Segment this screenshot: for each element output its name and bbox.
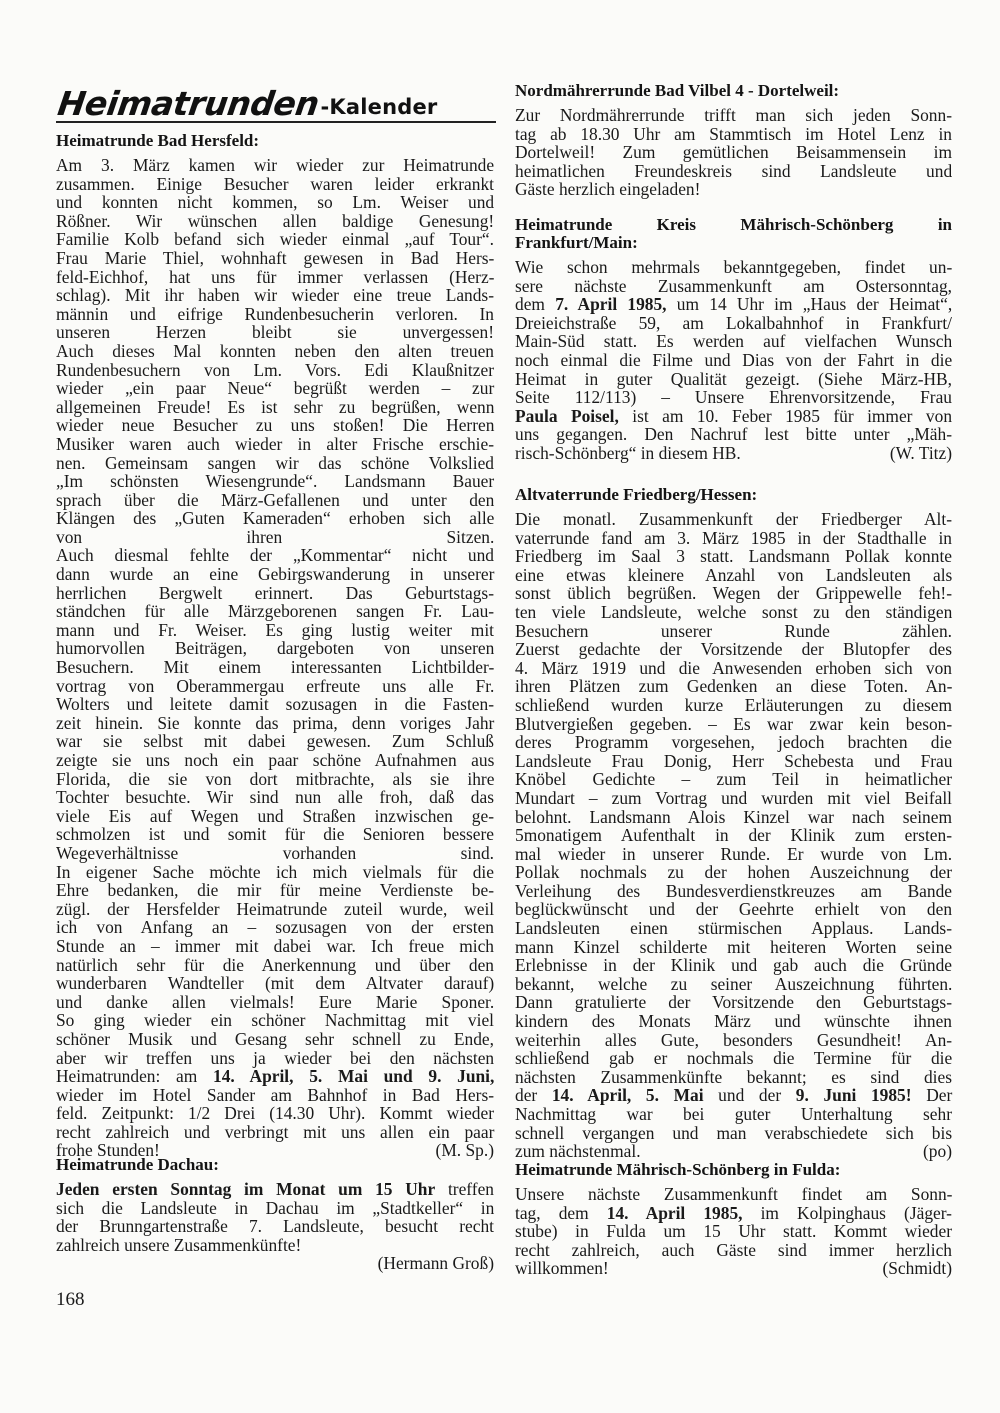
text-line: herrlichen Bergwelt erinnert. Das Geburt… [56, 584, 494, 603]
text-line: deres Programm vorgesehen, jedoch bracht… [515, 733, 952, 752]
text-line: schließend wurden kurze Erläuterungen zu… [515, 696, 952, 715]
text-line: Wegeverhältnisse vorhanden sind. [56, 844, 494, 863]
bold-text: Paula Poisel, [515, 406, 619, 426]
text-line: schließend gab er nochmals die Termine f… [515, 1049, 952, 1068]
article-dachau: Heimatrunde Dachau: Jeden ersten Sonntag… [56, 1156, 494, 1273]
text-line: sonst üblich begrüßen. Wegen der Grippew… [515, 584, 952, 603]
heading-line: Frankfurt/Main: [515, 234, 952, 252]
text-line: wunderbaren Wandteller (mit dem Altvater… [56, 974, 494, 993]
author-signature: (po) [923, 1142, 952, 1161]
text-line: der 14. April, 5. Mai und der 9. Juni 19… [515, 1086, 952, 1105]
text-line: bekannt, welche zu seiner Auszeichnung f… [515, 975, 952, 994]
author-signature: (Schmidt) [882, 1259, 952, 1278]
text-line: Main-Süd statt. Es werden auf vielfachen… [515, 332, 952, 351]
text-line: von ihren Sitzen. [56, 528, 494, 547]
text-line: Stunde an – immer mit dabei war. Ich fre… [56, 937, 494, 956]
text-line: Unsere nächste Zusammenkunft findet am S… [515, 1185, 952, 1204]
text-line: Besuchern unserer Runde zählen. [515, 622, 952, 641]
text-line: war sie selbst mit dabei gewesen. Zum Sc… [56, 732, 494, 751]
article-fulda: Heimatrunde Mährisch-Schönberg in Fulda:… [515, 1161, 952, 1278]
text-line: Paula Poisel, ist am 10. Feber 1985 für … [515, 407, 952, 426]
text-line: Zuerst gedachte der Vorsitzende der Blut… [515, 640, 952, 659]
text-line: schöner Musik und Gesang sehr schnell zu… [56, 1030, 494, 1049]
text-line: risch-Schönberg“ in diesem HB.(W. Titz) [515, 444, 952, 463]
text-line: Zur Nordmährerrunde trifft man sich jede… [515, 106, 952, 125]
article-heading: Heimatrunde Bad Hersfeld: [56, 132, 494, 150]
text-line: zahlreich unsere Zusammenkünfte! [56, 1236, 494, 1255]
article-body: Am 3. März kamen wir wieder zur Heimatru… [56, 156, 494, 1160]
text-line: ihren Plätzen zum Gedenken an diese Tote… [515, 677, 952, 696]
text-line: willkommen!(Schmidt) [515, 1259, 952, 1278]
text-line: schmolzen ist und somit für die Senioren… [56, 825, 494, 844]
text-line: humorvollen Beiträgen, dargeboten von un… [56, 639, 494, 658]
text-line: mann und Fr. Weiser. Es ging lustig weit… [56, 621, 494, 640]
text-line: Pollak nochmals zu der hohen Auszeichnun… [515, 863, 952, 882]
article-heading: Heimatrunde Dachau: [56, 1156, 494, 1174]
text-line: natürlich sehr für die Anerkennung und ü… [56, 956, 494, 975]
text-line: Klängen des „Guten Kameraden“ erhoben si… [56, 509, 494, 528]
author-signature: (Hermann Groß) [56, 1254, 494, 1273]
page-title-script: Heimatrunden [55, 84, 321, 124]
text-line: Ehre bedanken, die mir für meine Verdien… [56, 881, 494, 900]
heading-line: Heimatrunde Kreis Mährisch-Schönberg in [515, 216, 952, 234]
text-line: schnell vergangen und man verabschiedete… [515, 1124, 952, 1143]
text-line: Rößner. Wir wünschen allen baldige Genes… [56, 212, 494, 231]
text-line: mann Kinzel schilderte mit heiteren Wort… [515, 938, 952, 957]
text-line: zeigte sie uns noch ein paar schöne Aufn… [56, 751, 494, 770]
article-body: Jeden ersten Sonntag im Monat um 15 Uhr … [56, 1180, 494, 1273]
text-line: Familie Kolb befand sich wieder einmal „… [56, 230, 494, 249]
text-line: vaterrunde fand am 3. März 1985 in der S… [515, 529, 952, 548]
text-line: Wie schon mehrmals bekanntgegeben, finde… [515, 258, 952, 277]
text-line: Besuchern. Mit einem interessanten Licht… [56, 658, 494, 677]
text-line: Nachmittag war bei guter Unterhaltung se… [515, 1105, 952, 1124]
text-line: Seite 112/113) – Unsere Ehrenvorsitzende… [515, 388, 952, 407]
text-line: tag ab 18.30 Uhr am Stammtisch im Hotel … [515, 125, 952, 144]
article-body: Wie schon mehrmals bekanntgegeben, finde… [515, 258, 952, 463]
bold-text: 7. April 1985, [555, 294, 666, 314]
text-line: wieder im Hotel Sander am Bahnhof in Bad… [56, 1086, 494, 1105]
text-line: „Im schönsten Wiesengrunde“. Landsmann B… [56, 472, 494, 491]
bold-text: Jeden ersten Sonntag im Monat um 15 Uhr [56, 1179, 435, 1199]
bold-text: 14. April, 5. Mai [552, 1085, 704, 1105]
text-line: Verleihung des Bundesverdienstkreuzes am… [515, 882, 952, 901]
text-line: nächsten Zusammenkünfte bekannt; es sind… [515, 1068, 952, 1087]
text-line: feld. Zeitpunkt: 1/2 Drei (14.30 Uhr). K… [56, 1104, 494, 1123]
text-line: belohnt. Landsmann Alois Kinzel war nach… [515, 808, 952, 827]
text-line: zügl. der Hersfelder Heimatrunde zuteil … [56, 900, 494, 919]
page-title-suffix: -Kalender [321, 90, 438, 124]
text-line: eine etwas kleinere Anzahl von Landsleut… [515, 566, 952, 585]
text-line: allgemeinen Freude! Es ist sehr zu begrü… [56, 398, 494, 417]
text-line: So ging wieder ein schöner Nachmittag mi… [56, 1011, 494, 1030]
text-line: Dreieichstraße 59, am Lokalbahnhof in Fr… [515, 314, 952, 333]
text-line: Dann gratulierte der Vorsitzende den Geb… [515, 993, 952, 1012]
article-frankfurt: Heimatrunde Kreis Mährisch-Schönberg in … [515, 216, 952, 463]
author-signature: (W. Titz) [890, 444, 952, 463]
text-line: Auch dieses Mal konnten neben den alten … [56, 342, 494, 361]
text-line: uns gegangen. Den Nachruf lest bitte unt… [515, 425, 952, 444]
article-heading: Altvaterrunde Friedberg/Hessen: [515, 486, 952, 504]
text-line: In eigener Sache möchte ich mich vielmal… [56, 863, 494, 882]
text-line: Tochter besuchte. Wir sind nun alle froh… [56, 788, 494, 807]
text-line: Friedberg im Saal 3 statt. Landsmann Pol… [515, 547, 952, 566]
text-line: weiterhin alles Gute, besonders Gesundhe… [515, 1031, 952, 1050]
text-line: 4. März 1919 und die Anwesenden erhoben … [515, 659, 952, 678]
text-line: recht zahlreich, auch Gäste sind immer h… [515, 1241, 952, 1260]
text-line: Dortelweil! Zum gemütlichen Beisammensei… [515, 143, 952, 162]
title-divider [56, 121, 496, 123]
article-body: Zur Nordmährerrunde trifft man sich jede… [515, 106, 952, 199]
text-line: kindern des Monats März und wünschte ihn… [515, 1012, 952, 1031]
page-number: 168 [56, 1289, 85, 1311]
text-line: männin und eifrige Rundenbesucherin verl… [56, 305, 494, 324]
text-line: Erlebnisse in der Klinik und gab auch di… [515, 956, 952, 975]
text-line: mal wieder in unserer Runde. Er wurde vo… [515, 845, 952, 864]
text-line: tag, dem 14. April 1985, im Kolpinghaus … [515, 1204, 952, 1223]
text-line: 5monatigem Aufenthalt in der Klinik zum … [515, 826, 952, 845]
text-line: recht zahlreich und verbringt mit uns al… [56, 1123, 494, 1142]
text-line: beglückwünscht und der Geehrte erhielt v… [515, 900, 952, 919]
text-line: Blutvergießen gegeben. – Es war zwar kei… [515, 715, 952, 734]
text-line: Musiker waren auch wieder in alter Frisc… [56, 435, 494, 454]
text-line: Auch diesmal fehlte der „Kommentar“ nich… [56, 546, 494, 565]
text-line: zeit hinein. Sie konnte das prima, denn … [56, 714, 494, 733]
text-line: Heimatrunden: am 14. April, 5. Mai und 9… [56, 1067, 494, 1086]
text-line: noch einmal die Filme und Dias von der F… [515, 351, 952, 370]
bold-text: 9. Juni 1985! [796, 1085, 912, 1105]
text-line: schlag). Mit ihr haben wir wieder eine t… [56, 286, 494, 305]
text-line: Gäste herzlich eingeladen! [515, 180, 952, 199]
text-line: Rundenbesuchern von Lm. Vors. Edi Klaußn… [56, 361, 494, 380]
bold-text: 14. April 1985, [607, 1203, 743, 1223]
text-line: sprach über die März-Gefallenen und unte… [56, 491, 494, 510]
text-line: wieder neue Besucher zu uns stoßen! Die … [56, 416, 494, 435]
text-line: Am 3. März kamen wir wieder zur Heimatru… [56, 156, 494, 175]
text-line: nen. Gemeinsam sangen wir das schöne Vol… [56, 454, 494, 473]
text-line: der Brunngartenstraße 7. Landsleute, bes… [56, 1217, 494, 1236]
text-line: aber wir treffen uns ja wieder bei den n… [56, 1049, 494, 1068]
text-line: feld-Eichhof, hat uns für immer verlasse… [56, 268, 494, 287]
text-line: unseren Herzen bleibt sie unvergessen! [56, 323, 494, 342]
text-line: Knöbel Gedichte – zum Teil in heimatlich… [515, 770, 952, 789]
article-body: Unsere nächste Zusammenkunft findet am S… [515, 1185, 952, 1278]
text-line: zum nächstenmal.(po) [515, 1142, 952, 1161]
text-line: und danke allen vielmals! Eure Marie Spo… [56, 993, 494, 1012]
text-line: vortrag von Oberammergau erfreute uns al… [56, 677, 494, 696]
text-line: sich die Landsleute in Dachau im „Stadtk… [56, 1199, 494, 1218]
text-line: sere nächste Zusammenkunft am Ostersonnt… [515, 277, 952, 296]
text-line: und konnten nicht kommen, so Lm. Weiser … [56, 193, 494, 212]
text-line: ich von Anfang an – sozusagen von der er… [56, 918, 494, 937]
text-line: Landsleute Frau Donig, Herr Schebesta un… [515, 752, 952, 771]
article-heading: Nordmährerrunde Bad Vilbel 4 - Dortelwei… [515, 82, 952, 100]
text-line: wieder „ein paar Neue“ begrüßt werden – … [56, 379, 494, 398]
text-line: Jeden ersten Sonntag im Monat um 15 Uhr … [56, 1180, 494, 1199]
text-line: Wolters und leitete damit sozusagen in d… [56, 695, 494, 714]
text-line: viele Eis auf Wegen und Straßen inzwisch… [56, 807, 494, 826]
text-line: heimatlichen Freundeskreis sind Landsleu… [515, 162, 952, 181]
text-line: stube) in Fulda um 15 Uhr statt. Kommt w… [515, 1222, 952, 1241]
text-line: dann wurde an eine Gebirgswanderung in u… [56, 565, 494, 584]
article-bad-hersfeld: Heimatrunde Bad Hersfeld: Am 3. März kam… [56, 132, 494, 1160]
bold-text: 14. April, 5. Mai und 9. Juni, [213, 1066, 494, 1086]
text-line: Mundart – zum Vortrag und wurden mit vie… [515, 789, 952, 808]
text-line: Heimat in guter Qualität gezeigt. (Siehe… [515, 370, 952, 389]
article-bad-vilbel: Nordmährerrunde Bad Vilbel 4 - Dortelwei… [515, 82, 952, 199]
text-line: ständchen für alle Märzgeborenen sangen … [56, 602, 494, 621]
article-friedberg: Altvaterrunde Friedberg/Hessen: Die mona… [515, 486, 952, 1161]
text-line: ten viele Landsleute, welche sonst zu de… [515, 603, 952, 622]
article-heading: Heimatrunde Mährisch-Schönberg in Fulda: [515, 1161, 952, 1179]
text-line: Frau Marie Thiel, wohnhaft gewesen in Ba… [56, 249, 494, 268]
page-title: Heimatrunden -Kalender [58, 74, 496, 124]
text-line: Landsleuten einen stürmischen Applaus. L… [515, 919, 952, 938]
article-body: Die monatl. Zusammenkunft der Friedberge… [515, 510, 952, 1161]
text-line: Die monatl. Zusammenkunft der Friedberge… [515, 510, 952, 529]
article-heading: Heimatrunde Kreis Mährisch-Schönberg in … [515, 216, 952, 252]
text-line: zusammen. Einige Besucher waren leider e… [56, 175, 494, 194]
text-line: Florida, die sie von dort mitbrachte, al… [56, 770, 494, 789]
text-line: dem 7. April 1985, um 14 Uhr im „Haus de… [515, 295, 952, 314]
